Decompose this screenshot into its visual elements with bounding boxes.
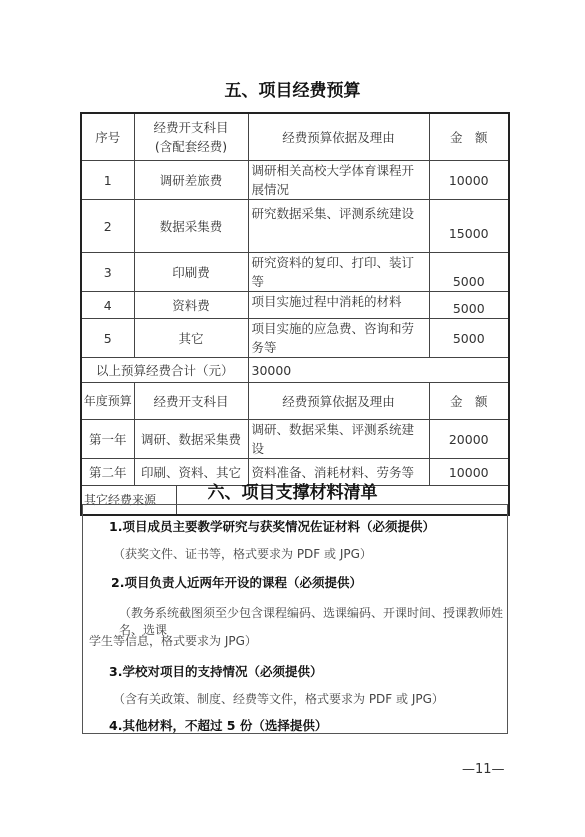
material-item-3-heading: 3.学校对项目的支持情况（必须提供） (109, 662, 535, 680)
yearly-year: 第一年 (81, 420, 134, 459)
material-item-2-note-line2: 学生等信息，格式要求为 JPG） (89, 632, 515, 649)
yearly-header-year: 年度预算 (81, 383, 134, 420)
yearly-header-basis: 经费预算依据及理由 (248, 383, 429, 420)
total-value: 30000 (248, 358, 509, 383)
budget-header-row: 序号 经费开支科目 (含配套经费) 经费预算依据及理由 金 额 (81, 113, 509, 161)
row-amount: 5000 (429, 253, 509, 292)
row-item: 调研差旅费 (134, 161, 248, 200)
page-number: —11— (462, 762, 505, 777)
table-row: 3 印刷费 研究资料的复印、打印、装订等 5000 (81, 253, 509, 292)
yearly-header-amount: 金 额 (429, 383, 509, 420)
row-item: 资料费 (134, 292, 248, 319)
yearly-amount: 20000 (429, 420, 509, 459)
row-no: 4 (81, 292, 134, 319)
row-basis: 项目实施过程中消耗的材料 (248, 292, 429, 319)
table-row: 5 其它 项目实施的应急费、咨询和劳务等 5000 (81, 319, 509, 358)
row-amount: 5000 (429, 319, 509, 358)
material-item-3-note: （含有关政策、制度、经费等文件，格式要求为 PDF 或 JPG） (113, 690, 539, 707)
row-amount: 15000 (429, 200, 509, 253)
row-item: 印刷费 (134, 253, 248, 292)
row-no: 1 (81, 161, 134, 200)
yearly-row: 第一年 调研、数据采集费 调研、数据采集、评测系统建设 20000 (81, 420, 509, 459)
table-row: 1 调研差旅费 调研相关高校大学体育课程开展情况 10000 (81, 161, 509, 200)
row-basis: 研究数据采集、评测系统建设 (248, 200, 429, 253)
section5-title: 五、项目经费预算 (0, 76, 585, 101)
total-row: 以上预算经费合计（元） 30000 (81, 358, 509, 383)
material-item-1-heading: 1.项目成员主要教学研究与获奖情况佐证材料（必须提供） (109, 517, 535, 535)
row-no: 3 (81, 253, 134, 292)
row-basis: 调研相关高校大学体育课程开展情况 (248, 161, 429, 200)
header-item: 经费开支科目 (含配套经费) (134, 113, 248, 161)
row-no: 2 (81, 200, 134, 253)
yearly-basis: 调研、数据采集、评测系统建设 (248, 420, 429, 459)
header-basis: 经费预算依据及理由 (248, 113, 429, 161)
row-amount: 5000 (429, 292, 509, 319)
row-basis: 研究资料的复印、打印、装订等 (248, 253, 429, 292)
total-label: 以上预算经费合计（元） (81, 358, 248, 383)
row-item: 其它 (134, 319, 248, 358)
row-basis: 项目实施的应急费、咨询和劳务等 (248, 319, 429, 358)
yearly-item: 调研、数据采集费 (134, 420, 248, 459)
budget-table: 序号 经费开支科目 (含配套经费) 经费预算依据及理由 金 额 1 调研差旅费 … (80, 112, 510, 516)
header-no: 序号 (81, 113, 134, 161)
table-row: 2 数据采集费 研究数据采集、评测系统建设 15000 (81, 200, 509, 253)
yearly-header-item: 经费开支科目 (134, 383, 248, 420)
table-row: 4 资料费 项目实施过程中消耗的材料 5000 (81, 292, 509, 319)
material-item-1-note: （获奖文件、证书等，格式要求为 PDF 或 JPG） (113, 545, 539, 562)
material-item-4-heading: 4.其他材料，不超过 5 份（选择提供） (109, 716, 535, 734)
header-item-line1: 经费开支科目 (138, 118, 245, 137)
header-amount: 金 额 (429, 113, 509, 161)
materials-list-box: 1.项目成员主要教学研究与获奖情况佐证材料（必须提供） （获奖文件、证书等，格式… (82, 504, 508, 734)
header-item-line2: (含配套经费) (138, 137, 245, 156)
material-item-2-heading: 2.项目负责人近两年开设的课程（必须提供） (111, 573, 537, 591)
row-no: 5 (81, 319, 134, 358)
row-amount: 10000 (429, 161, 509, 200)
yearly-header-row: 年度预算 经费开支科目 经费预算依据及理由 金 额 (81, 383, 509, 420)
row-item: 数据采集费 (134, 200, 248, 253)
section6-title: 六、项目支撑材料清单 (0, 478, 585, 503)
